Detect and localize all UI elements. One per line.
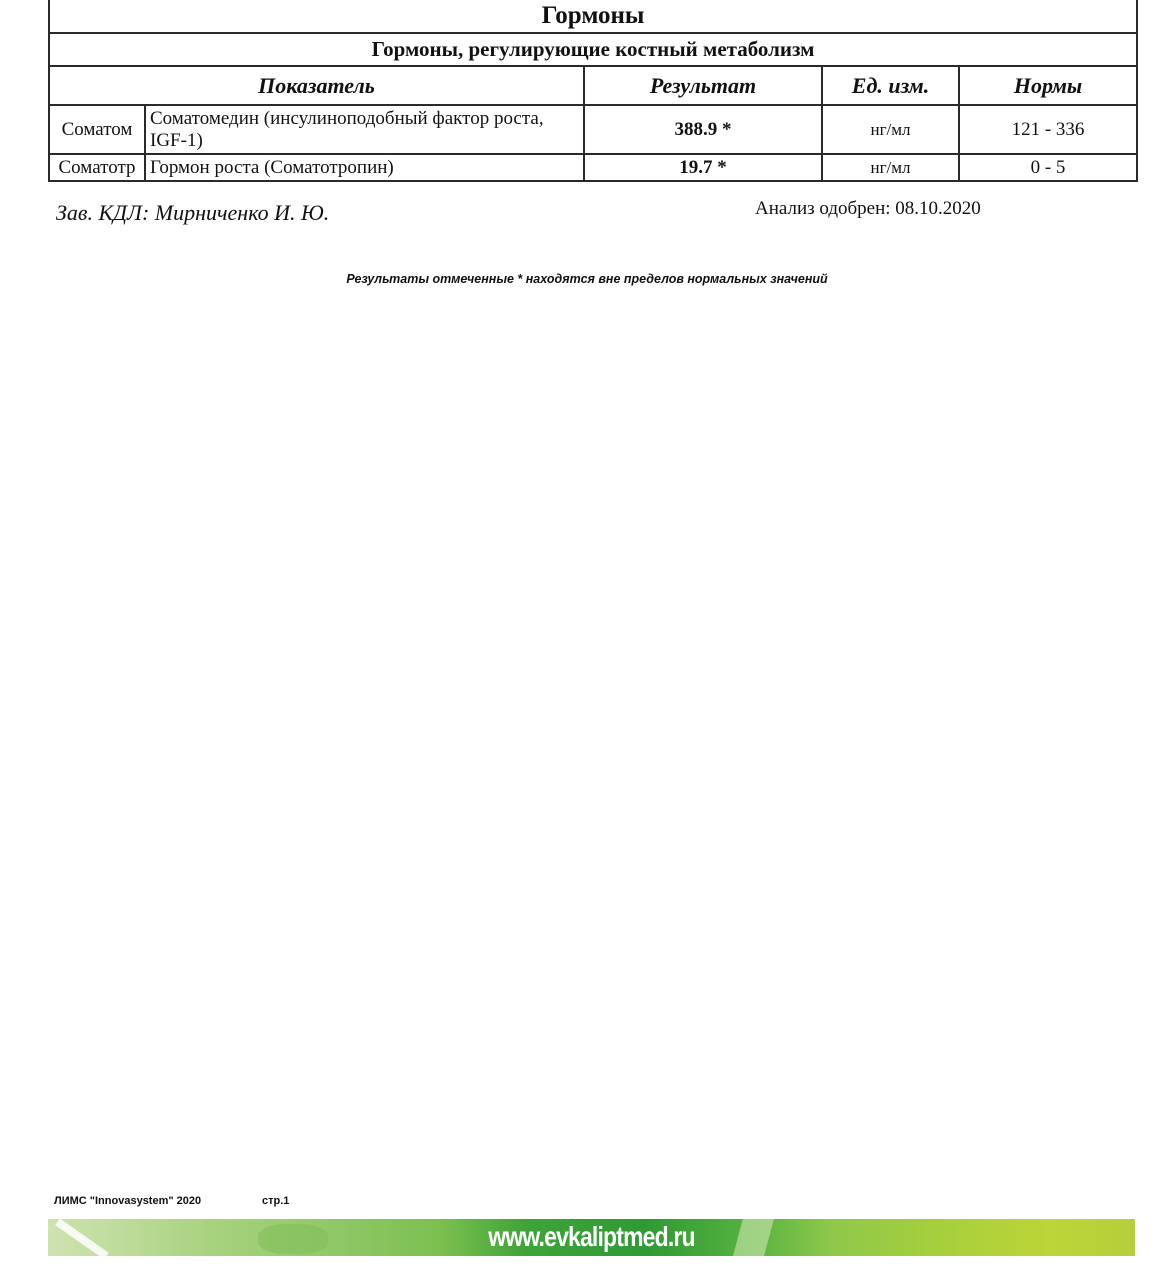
- column-header-result: Результат: [584, 66, 822, 105]
- banner-decoration: [55, 1219, 109, 1256]
- out-of-range-note: Результаты отмеченные * находятся вне пр…: [0, 272, 1174, 286]
- test-norm: 0 - 5: [959, 154, 1137, 181]
- approval-date: Анализ одобрен: 08.10.2020: [755, 198, 981, 220]
- test-name: Соматомедин (инсулиноподобный фактор рос…: [145, 105, 584, 154]
- table-row: Соматотр Гормон роста (Соматотропин) 19.…: [49, 154, 1137, 181]
- column-header-norms: Нормы: [959, 66, 1137, 105]
- lab-head-signature: Зав. КДЛ: Мирниченко И. Ю.: [56, 200, 329, 226]
- report-subtitle: Гормоны, регулирующие костный метаболизм: [49, 33, 1137, 66]
- test-name: Гормон роста (Соматотропин): [145, 154, 584, 181]
- test-code: Соматотр: [49, 154, 145, 181]
- test-norm: 121 - 336: [959, 105, 1137, 154]
- test-unit: нг/мл: [822, 105, 959, 154]
- footer-banner: www.evkaliptmed.ru: [48, 1219, 1135, 1256]
- page-number: стр.1: [262, 1195, 289, 1207]
- table-row: Соматом Соматомедин (инсулиноподобный фа…: [49, 105, 1137, 154]
- test-result: 19.7 *: [584, 154, 822, 181]
- test-result: 388.9 *: [584, 105, 822, 154]
- results-table: Гормоны Гормоны, регулирующие костный ме…: [48, 0, 1138, 182]
- website-link[interactable]: www.evkaliptmed.ru: [146, 1221, 1037, 1253]
- test-unit: нг/мл: [822, 154, 959, 181]
- table-header-row: Показатель Результат Ед. изм. Нормы: [49, 66, 1137, 105]
- report-title: Гормоны: [49, 0, 1137, 33]
- test-code: Соматом: [49, 105, 145, 154]
- column-header-unit: Ед. изм.: [822, 66, 959, 105]
- lims-label: ЛИМС "Innovasystem" 2020: [54, 1195, 201, 1207]
- column-header-indicator: Показатель: [49, 66, 584, 105]
